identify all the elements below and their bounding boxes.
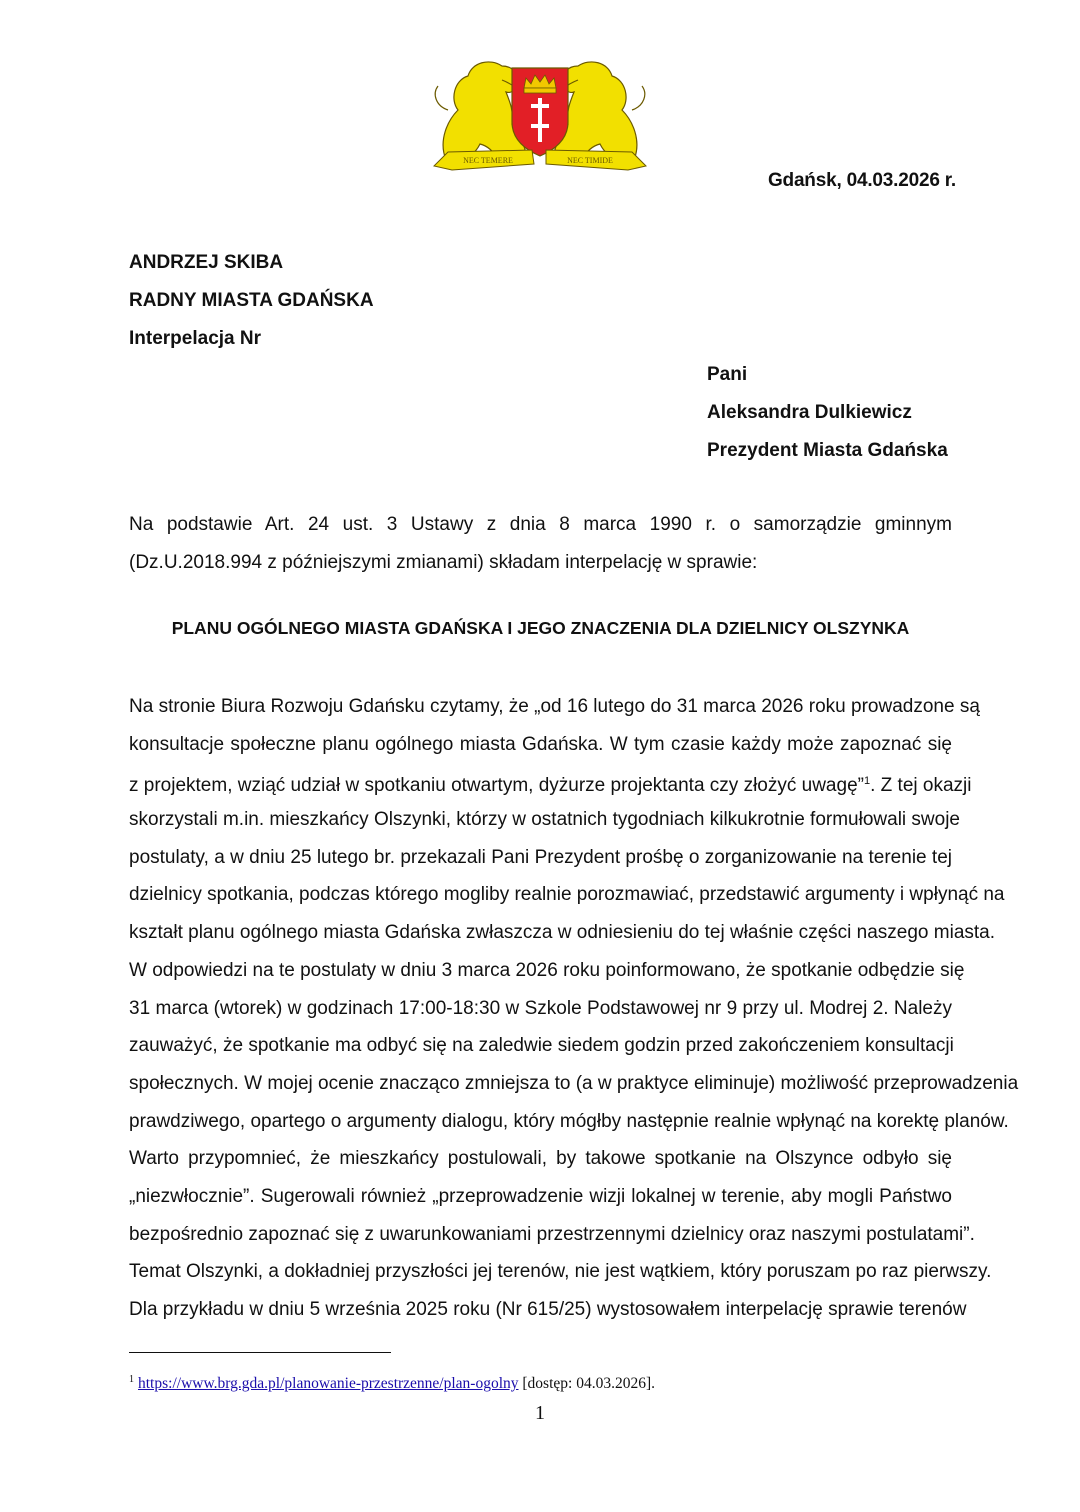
sender-role: RADNY MIASTA GDAŃSKA xyxy=(129,282,374,320)
svg-text:NEC TEMERE: NEC TEMERE xyxy=(463,156,513,165)
gdansk-coat-of-arms-icon: NEC TEMERE NEC TIMIDE xyxy=(428,40,652,172)
body-line: zauważyć, że spotkanie ma odbyć się na z… xyxy=(129,1027,952,1065)
footnote: 1https://www.brg.gda.pl/planowanie-przes… xyxy=(129,1374,655,1393)
interpellation-number: Interpelacja Nr xyxy=(129,320,374,358)
body-line: społecznych. W mojej ocenie znacząco zmn… xyxy=(129,1065,952,1103)
recipient-title: Prezydent Miasta Gdańska xyxy=(707,432,948,470)
recipient-salutation: Pani xyxy=(707,356,948,394)
body-line: prawdziwego, opartego o argumenty dialog… xyxy=(129,1103,952,1141)
body-line: dzielnicy spotkania, podczas którego mog… xyxy=(129,876,952,914)
intro-paragraph: Na podstawie Art. 24 ust. 3 Ustawy z dni… xyxy=(129,506,952,582)
body-line: bezpośrednio zapoznać się z uwarunkowani… xyxy=(129,1216,952,1254)
date-line: Gdańsk, 04.03.2026 r. xyxy=(768,170,956,192)
body-line: kształt planu ogólnego miasta Gdańska zw… xyxy=(129,914,952,952)
sender-name: ANDRZEJ SKIBA xyxy=(129,244,374,282)
footnote-link[interactable]: https://www.brg.gda.pl/planowanie-przest… xyxy=(138,1375,519,1392)
recipient-name: Aleksandra Dulkiewicz xyxy=(707,394,948,432)
body-line: 31 marca (wtorek) w godzinach 17:00-18:3… xyxy=(129,990,952,1028)
footnote-reference[interactable]: 1 xyxy=(864,775,870,787)
body-line: konsultacje społeczne planu ogólnego mia… xyxy=(129,726,952,764)
document-page: NEC TEMERE NEC TIMIDE Gdańsk, 04.03.2026… xyxy=(0,0,1080,1512)
footnote-number: 1 xyxy=(129,1374,134,1385)
recipient-block: Pani Aleksandra Dulkiewicz Prezydent Mia… xyxy=(707,356,948,470)
body-line: skorzystali m.in. mieszkańcy Olszynki, k… xyxy=(129,801,952,839)
body-line: Warto przypomnieć, że mieszkańcy postulo… xyxy=(129,1140,952,1178)
body-line: postulaty, a w dniu 25 lutego br. przeka… xyxy=(129,839,952,877)
sender-block: ANDRZEJ SKIBA RADNY MIASTA GDAŃSKA Inter… xyxy=(129,244,374,358)
body-line: Na stronie Biura Rozwoju Gdańsku czytamy… xyxy=(129,688,952,726)
svg-text:NEC TIMIDE: NEC TIMIDE xyxy=(567,156,613,165)
body-line: Dla przykładu w dniu 5 września 2025 rok… xyxy=(129,1291,952,1329)
subject-heading: PLANU OGÓLNEGO MIASTA GDAŃSKA I JEGO ZNA… xyxy=(129,618,952,639)
body-paragraph: Na stronie Biura Rozwoju Gdańsku czytamy… xyxy=(129,688,952,1329)
footnote-access-date: [dostęp: 04.03.2026]. xyxy=(519,1375,655,1392)
body-line: Temat Olszynki, a dokładniej przyszłości… xyxy=(129,1253,952,1291)
body-line: „niezwłocznie”. Sugerowali również „prze… xyxy=(129,1178,952,1216)
body-line: W odpowiedzi na te postulaty w dniu 3 ma… xyxy=(129,952,952,990)
body-line: z projektem, wziąć udział w spotkaniu ot… xyxy=(129,763,952,801)
footnote-separator xyxy=(129,1352,391,1353)
page-number: 1 xyxy=(0,1402,1080,1425)
